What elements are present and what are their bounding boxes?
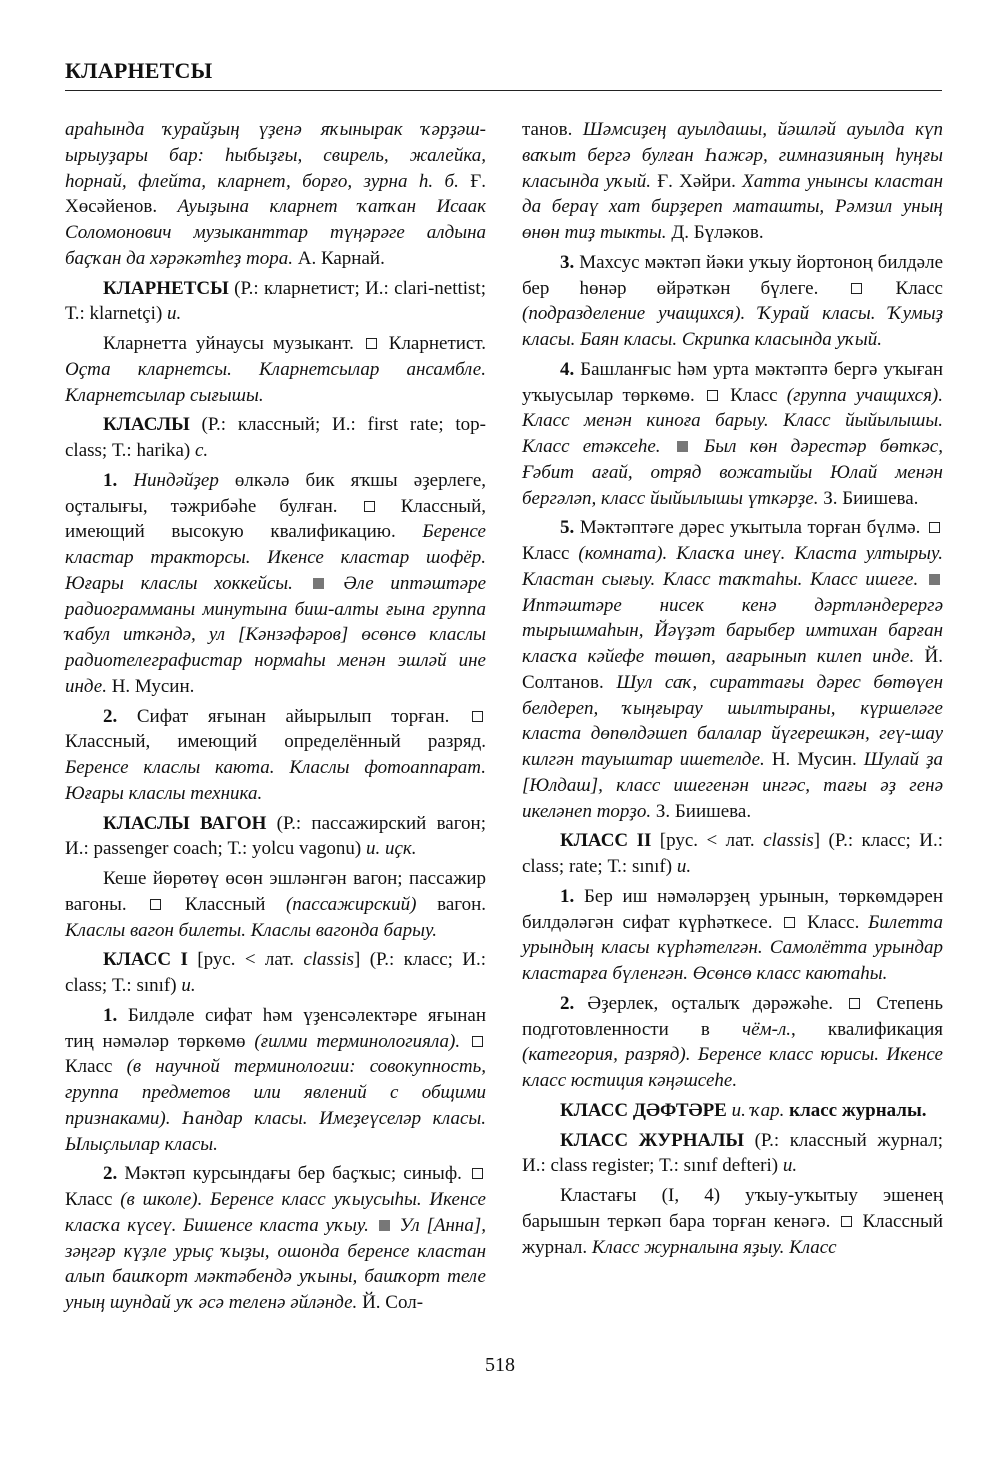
text: Класс [865,278,943,299]
text: танов. [522,119,583,140]
open-square-icon [784,917,795,928]
headword: КЛАСС ДӘФТӘРЕ [560,1100,727,1121]
italic-text: (ғилми терминологияла). [254,1031,460,1052]
filled-square-icon [929,574,940,585]
dictionary-paragraph: араһында ҡурайҙың үҙенә яҡынырак ҡәрҙәш-… [65,117,486,272]
open-square-icon [841,1216,852,1227]
dictionary-paragraph: КЛАСЛЫ (Р.: классный; И.: first rate; to… [65,412,486,464]
italic-text: (подразделение учащихся). Ҡурай класы. Ҡ… [522,303,943,350]
text: Әҙерлек, оҫталыҡ дәрәжәһе. [574,993,846,1014]
open-square-icon [150,899,161,910]
text: Классный [164,894,286,915]
dictionary-paragraph: КЛАСС ЖУРНАЛЫ (Р.: классный журнал; И.: … [522,1128,943,1180]
text [327,573,344,594]
left-column: араһында ҡурайҙың үҙенә яҡынырак ҡәрҙәш-… [65,117,486,1320]
headword: КЛАСЛЫ [103,414,190,435]
open-square-icon [929,522,940,533]
text: [рус. < лат. [651,830,763,851]
text: Мәктәптәге дәрес уҡытыла торған бүлмә. [574,517,926,538]
text: Класс. [798,912,868,933]
dictionary-paragraph: Кластағы (I, 4) уҡыу-уҡытыу эшенең барыш… [522,1183,943,1260]
open-square-icon [472,711,483,722]
text: Класс [65,1056,127,1077]
header-rule [65,90,942,91]
headword: 1. [103,470,133,491]
italic-text: с. [195,440,208,461]
text: Н. Мусин. [107,676,194,697]
filled-square-icon [379,1220,390,1231]
dictionary-paragraph: 5. Мәктәптәге дәрес уҡытыла торған бүлмә… [522,515,943,824]
headword: 1. [103,1005,117,1026]
italic-text: и. [783,1155,797,1176]
italic-text: (пассажирский) [286,894,417,915]
open-square-icon [707,390,718,401]
italic-text: Ниндәйҙер [133,470,219,491]
italic-text: араһында ҡурайҙың үҙенә яҡынырак ҡәрҙәш-… [65,119,486,192]
italic-text: и. [167,303,181,324]
italic-text: и. [677,856,691,877]
open-square-icon [472,1168,483,1179]
italic-text: чём-л. [742,1019,791,1040]
text [691,436,704,457]
italic-text: и. [181,975,195,996]
text: Ғ. Хәйри. [651,171,742,192]
text [393,1215,400,1236]
italic-text: classis [303,949,354,970]
filled-square-icon [677,441,688,452]
dictionary-paragraph: КЛАРНЕТСЫ (Р.: кларнетист; И.: clari-net… [65,276,486,328]
dictionary-paragraph: 2. Мәктәп курсындағы бер баҫҡыс; синыф. … [65,1161,486,1316]
dictionary-paragraph: КЛАСЛЫ ВАГОН (Р.: пассажирский вагон; И.… [65,811,486,863]
text: [рус. < лат. [188,949,303,970]
open-square-icon [851,283,862,294]
running-head: КЛАРНЕТСЫ [65,58,942,84]
headword: КЛАСС I [103,949,188,970]
headword: 2. [103,706,117,727]
dictionary-paragraph: Кларнетта уйнаусы музыкант. Кларнетист. … [65,331,486,408]
text: Классный, имеющий определённый разряд. [65,731,486,752]
headword: КЛАСС ЖУРНАЛЫ [560,1130,744,1151]
text: З. Биишева. [818,488,918,509]
text [918,569,926,590]
headword: 2. [103,1163,117,1184]
text: Й. Сол- [357,1292,423,1313]
italic-text: classis [763,830,814,851]
text [369,1215,376,1236]
italic-text: (комната). Класҡа инеү. Класта ултырыу. … [522,543,943,590]
dictionary-paragraph: танов. Шәмсиҙең ауылдашы, йәшләй ауылда … [522,117,943,246]
dictionary-paragraph: 1. Ниндәйҙер өлкәлә бик яҡшы әҙерлеге, о… [65,468,486,700]
italic-text: (категория, разряд). Беренсе класс юрисы… [522,1044,943,1091]
open-square-icon [364,501,375,512]
page-header: КЛАРНЕТСЫ [65,58,942,84]
text [460,1031,469,1052]
italic-text: (в научной терминологии: совокупность, г… [65,1056,486,1154]
text: , квалификация [791,1019,943,1040]
headword: 1. [560,886,574,907]
text: Сифат яғынан айырылып торған. [117,706,469,727]
text: Класс [721,385,787,406]
text: Класс [65,1189,120,1210]
dictionary-paragraph: 3. Махсус мәктәп йәки уҡыу йортоноң билд… [522,250,943,353]
text: Кларнетта уйнаусы музыкант. [103,333,363,354]
right-column: танов. Шәмсиҙең ауылдашы, йәшләй ауылда … [522,117,943,1264]
text: Кларнетист. [380,333,486,354]
open-square-icon [366,338,377,349]
filled-square-icon [313,578,324,589]
dictionary-paragraph: 2. Әҙерлек, оҫталыҡ дәрәжәһе. Степень по… [522,991,943,1094]
dictionary-paragraph: 4. Башланғыс һәм урта мәктәптә бергә уҡы… [522,357,943,512]
dictionary-paragraph: КЛАСС I [рус. < лат. classis] (Р.: класс… [65,947,486,999]
open-square-icon [849,998,860,1009]
headword: 4. [560,359,574,380]
headword: КЛАРНЕТСЫ [103,278,229,299]
italic-text: Оҫта кларнетсы. Кларнетсылар ансамбле. К… [65,359,486,406]
italic-text: и. ҡар. [732,1100,785,1121]
text: вагон. [417,894,486,915]
headword: 2. [560,993,574,1014]
italic-text: Иптәштәре нисек кенә дәртләндерергә тыры… [522,595,943,668]
text: Класс [522,543,578,564]
dictionary-paragraph: Кеше йөрөтөү өсөн эшләнгән вагон; пассаж… [65,866,486,943]
text [293,573,310,594]
headword: КЛАСЛЫ ВАГОН [103,813,266,834]
text: З. Биишева. [651,801,751,822]
dictionary-paragraph: 2. Сифат яғынан айырылып торған. Классны… [65,704,486,807]
dictionary-paragraph: КЛАСС ДӘФТӘРЕ и. ҡар. класс журналы. [522,1098,943,1124]
text: Н. Мусин. [765,749,864,770]
headword: 5. [560,517,574,538]
italic-text: Класлы вагон билеты. Класлы вагонда бары… [65,920,437,941]
text: Мәктәп курсындағы бер баҫҡыс; синыф. [117,1163,469,1184]
headword: класс журналы. [789,1100,926,1121]
text [661,436,674,457]
dictionary-paragraph: 1. Билдәле сифат һәм үҙенсәлектәре яғына… [65,1003,486,1158]
open-square-icon [472,1036,483,1047]
headword: 3. [560,252,574,273]
italic-text: Класс журналына яҙыу. Класс [592,1237,837,1258]
dictionary-paragraph: 1. Бер иш нәмәләрҙең урынын, төркөмдәрен… [522,884,943,987]
text: А. Карнай. [293,248,385,269]
italic-text: Беренсе класлы каюта. Класлы фотоаппарат… [65,757,486,804]
headword: КЛАСС II [560,830,651,851]
italic-text: и. иҫк. [366,838,417,859]
text: Д. Бүләков. [667,222,764,243]
page-number: 518 [0,1354,1000,1377]
dictionary-paragraph: КЛАСС II [рус. < лат. classis] (Р.: клас… [522,828,943,880]
